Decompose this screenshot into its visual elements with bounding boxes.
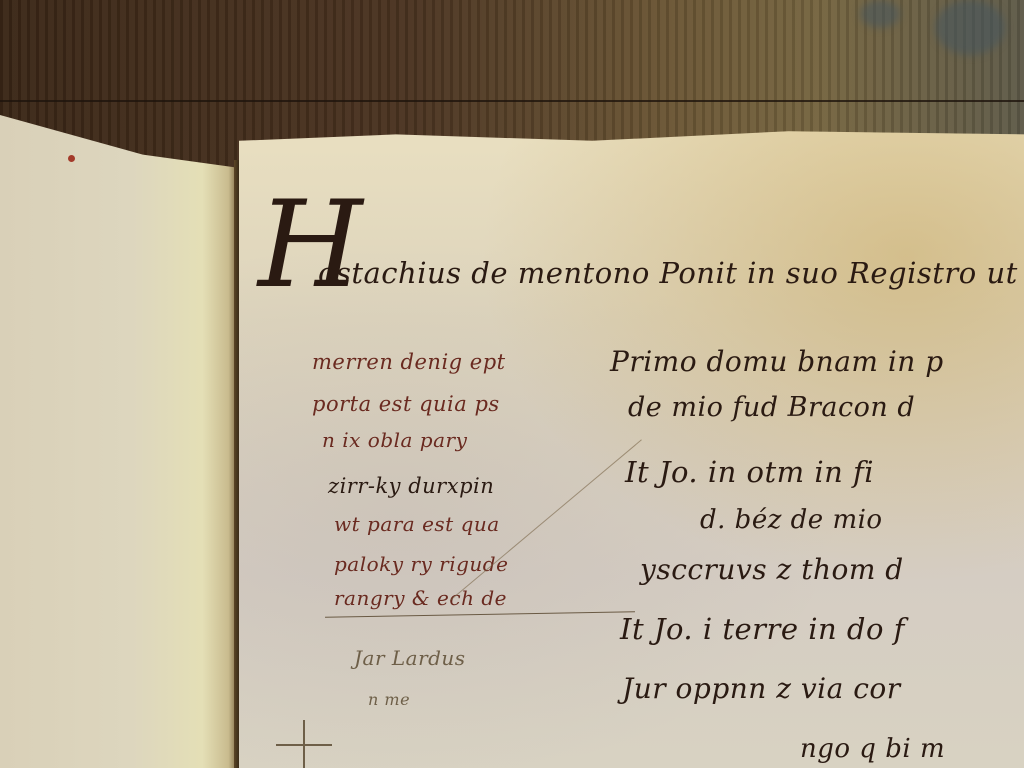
text-line: ngo q bi m: [800, 734, 945, 764]
text-line: It Jo. i terre in do f: [620, 612, 905, 646]
margin-note: porta est quia ps: [312, 392, 500, 416]
ink-stain: [860, 0, 900, 28]
text-line: ysccruvs z thom d: [640, 553, 904, 586]
text-line: d. béz de mio: [700, 505, 883, 535]
margin-note: rangry & ech de: [334, 586, 507, 610]
book-gutter: [234, 160, 239, 768]
left-page: [0, 115, 238, 768]
margin-note: n ix obla pary: [322, 428, 467, 452]
red-spot: [68, 155, 75, 162]
ink-stain: [935, 0, 1005, 55]
text-line: Jur oppnn z via cor: [622, 672, 901, 705]
text-line: Primo domu bnam in p: [610, 345, 944, 378]
margin-note: Jar Lardus: [354, 646, 466, 670]
cross-mark: [276, 720, 332, 768]
text-line: de mio fud Bracon d: [628, 392, 915, 423]
margin-note: zirr-ky durxpin: [328, 474, 494, 498]
margin-note: merren denig ept: [312, 350, 506, 374]
heading-line: ostachius de mentono Ponit in suo Regist…: [318, 256, 1018, 290]
table-plank-seam: [0, 100, 1024, 102]
text-line: It Jo. in otm in fi: [625, 455, 874, 489]
margin-note: n me: [368, 690, 410, 709]
margin-note: wt para est qua: [334, 512, 500, 536]
